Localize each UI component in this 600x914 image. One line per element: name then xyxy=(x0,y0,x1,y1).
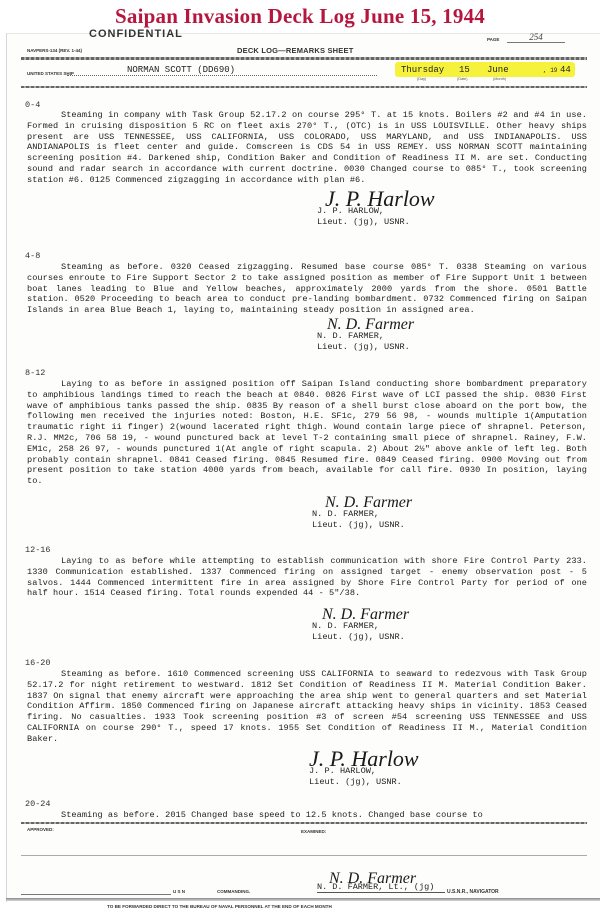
watch-label: 16-20 xyxy=(25,658,51,668)
watch-label: 0-4 xyxy=(25,100,40,110)
entry-text: Steaming as before. 1610 Commenced scree… xyxy=(27,669,587,745)
signer-rank: Lieut. (jg), USNR. xyxy=(317,217,410,228)
signer-name: N. D. FARMER, xyxy=(312,509,405,520)
log-entry: Steaming as before. 2015 Changed base sp… xyxy=(27,810,587,821)
commanding-signature-line xyxy=(21,894,171,895)
watch-label: 8-12 xyxy=(25,368,45,378)
approved-label: APPROVED: xyxy=(27,827,54,832)
entry-text: Laying to as before in assigned position… xyxy=(27,379,587,487)
signer-block: N. D. FARMER, Lieut. (jg), USNR. xyxy=(317,331,410,353)
log-entry: Steaming as before. 1610 Commenced scree… xyxy=(27,669,587,745)
footer-rule xyxy=(21,822,587,824)
log-entry: Laying to as before in assigned position… xyxy=(27,379,587,487)
signer-rank: Lieut. (jg), USNR. xyxy=(309,777,402,788)
year-field: 44 xyxy=(560,65,571,75)
usn-label: U S N xyxy=(173,889,185,894)
signer-name: N. D. FARMER, xyxy=(312,621,405,632)
signer-name: J. P. HARLOW, xyxy=(309,766,402,777)
watch-label: 4-8 xyxy=(25,251,40,261)
log-entry: Steaming in company with Task Group 52.1… xyxy=(27,110,587,186)
year-prefix: , 19 xyxy=(543,67,557,74)
deck-log-sheet: CONFIDENTIAL NAVPERS-134 (REV. 1-44) DEC… xyxy=(6,33,600,902)
watch-label: 12-16 xyxy=(25,545,51,555)
month-caption: (Month) xyxy=(493,77,506,81)
sheet-edge xyxy=(6,898,600,901)
signer-block: J. P. HARLOW, Lieut. (jg), USNR. xyxy=(309,766,402,788)
commanding-label: COMMANDING. xyxy=(217,889,250,894)
day-caption: (Day) xyxy=(417,77,426,81)
signer-name: J. P. HARLOW, xyxy=(317,206,410,217)
entry-text: Laying to as before while attempting to … xyxy=(27,556,587,599)
signer-rank: Lieut. (jg), USNR. xyxy=(312,520,405,531)
navigator-suffix: U.S.N.R., NAVIGATOR xyxy=(447,889,499,895)
signer-rank: Lieut. (jg), USNR. xyxy=(312,632,405,643)
form-number: NAVPERS-134 (REV. 1-44) xyxy=(27,48,82,53)
date-caption: (Date) xyxy=(457,77,468,81)
examined-label: EXAMINED: xyxy=(301,829,326,834)
footer-divider xyxy=(21,855,587,856)
page-label: PAGE xyxy=(487,37,499,42)
navigator-name: N. D. FARMER, Lt., (jg) xyxy=(317,882,445,893)
log-entry: Steaming as before. 0320 Ceased zigzaggi… xyxy=(27,262,587,316)
page-number: 254 xyxy=(507,32,565,43)
header-rule xyxy=(21,57,587,60)
forwarding-note: TO BE FORWARDED DIRECT TO THE BUREAU OF … xyxy=(107,904,332,909)
classification-stamp: CONFIDENTIAL xyxy=(89,28,183,40)
ship-name: NORMAN SCOTT (DD690) xyxy=(67,65,377,76)
signer-block: J. P. HARLOW, Lieut. (jg), USNR. xyxy=(317,206,410,228)
log-entry: Laying to as before while attempting to … xyxy=(27,556,587,599)
date-field: 15 xyxy=(459,65,470,75)
sheet-heading: DECK LOG—REMARKS SHEET xyxy=(237,46,354,55)
entry-text: Steaming as before. 2015 Changed base sp… xyxy=(27,810,587,821)
signer-block: N. D. FARMER, Lieut. (jg), USNR. xyxy=(312,509,405,531)
watch-label: 20-24 xyxy=(25,799,51,809)
signer-name: N. D. FARMER, xyxy=(317,331,410,342)
signer-block: N. D. FARMER, Lieut. (jg), USNR. xyxy=(312,621,405,643)
entry-text: Steaming in company with Task Group 52.1… xyxy=(27,110,587,186)
ship-rule xyxy=(21,86,587,88)
entry-text: Steaming as before. 0320 Ceased zigzaggi… xyxy=(27,262,587,316)
page-title: Saipan Invasion Deck Log June 15, 1944 xyxy=(0,4,600,29)
signer-rank: Lieut. (jg), USNR. xyxy=(317,342,410,353)
day-field: Thursday xyxy=(401,65,444,75)
month-field: June xyxy=(487,65,509,75)
